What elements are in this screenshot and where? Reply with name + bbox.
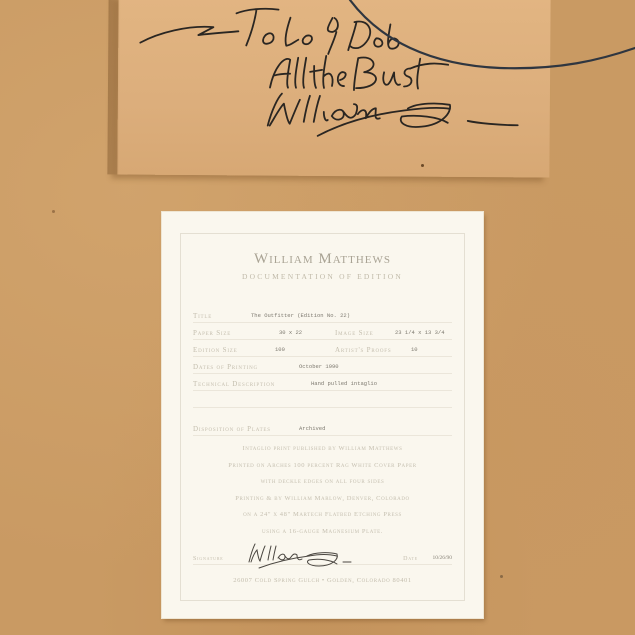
field-value: October 1990: [299, 363, 339, 370]
colophon-line: with deckle edges on all four sides: [181, 474, 464, 491]
signature-icon: [245, 540, 355, 570]
field-label: Dates of Printing: [193, 363, 258, 371]
signature-row: Signature Date 10/26/90: [193, 542, 452, 565]
colophon-line: Printed on Arches 100 percent Rag White …: [181, 458, 464, 475]
colophon-line: Intaglio print published by William Matt…: [181, 441, 464, 458]
field-label: Artist's Proofs: [335, 346, 391, 354]
field-value: 100: [275, 346, 285, 353]
field-label: Disposition of Plates: [193, 425, 271, 433]
inscription-paper: [117, 0, 550, 178]
edition-fields: Title The Outfitter (Edition No. 22) Pap…: [193, 306, 452, 436]
pin-hole: [52, 210, 55, 213]
colophon-line: Printing & by William Marlow, Denver, Co…: [181, 491, 464, 508]
field-label: Technical Description: [193, 380, 275, 388]
handwritten-inscription: [117, 0, 550, 178]
date-label: Date: [403, 556, 418, 562]
field-row-title: Title The Outfitter (Edition No. 22): [193, 306, 452, 323]
field-row-dates-of-printing: Dates of Printing October 1990: [193, 357, 452, 374]
field-label: Title: [193, 312, 212, 320]
field-value: 10: [411, 346, 418, 353]
colophon-line: on a 24" x 48" Martech Flatbed Etching P…: [181, 507, 464, 524]
field-row-blank: [193, 391, 452, 408]
field-row-technical-description: Technical Description Hand pulled intagl…: [193, 374, 452, 391]
colophon: Intaglio print published by William Matt…: [181, 441, 464, 540]
field-value: Hand pulled intaglio: [311, 380, 377, 387]
certificate-border: William Matthews DOCUMENTATION OF EDITIO…: [180, 233, 465, 601]
field-value: 23 1/4 x 13 3/4: [395, 329, 445, 336]
colophon-line: using a 16-gauge Magnesium Plate.: [181, 524, 464, 541]
field-row-edition-size: Edition Size 100 Artist's Proofs 10: [193, 340, 452, 357]
field-label: Image Size: [335, 329, 373, 337]
field-label: Edition Size: [193, 346, 238, 354]
field-value: Archived: [299, 425, 325, 432]
certificate-card: William Matthews DOCUMENTATION OF EDITIO…: [162, 212, 483, 618]
certificate-subtitle: DOCUMENTATION OF EDITION: [181, 272, 464, 281]
pin-hole: [500, 575, 503, 578]
publisher-address: 26007 Cold Spring Gulch • Golden, Colora…: [181, 577, 464, 584]
pin-hole: [421, 164, 424, 167]
field-value: The Outfitter (Edition No. 22): [251, 312, 350, 319]
field-label: Paper Size: [193, 329, 231, 337]
certificate-title: William Matthews: [181, 251, 464, 268]
field-value: 30 x 22: [279, 329, 302, 336]
date-value: 10/26/90: [432, 555, 452, 561]
signature-label: Signature: [193, 556, 224, 562]
field-row-disposition-of-plates: Disposition of Plates Archived: [193, 408, 452, 436]
inscription-handwriting-icon: [117, 0, 550, 178]
field-row-paper-size: Paper Size 30 x 22 Image Size 23 1/4 x 1…: [193, 323, 452, 340]
